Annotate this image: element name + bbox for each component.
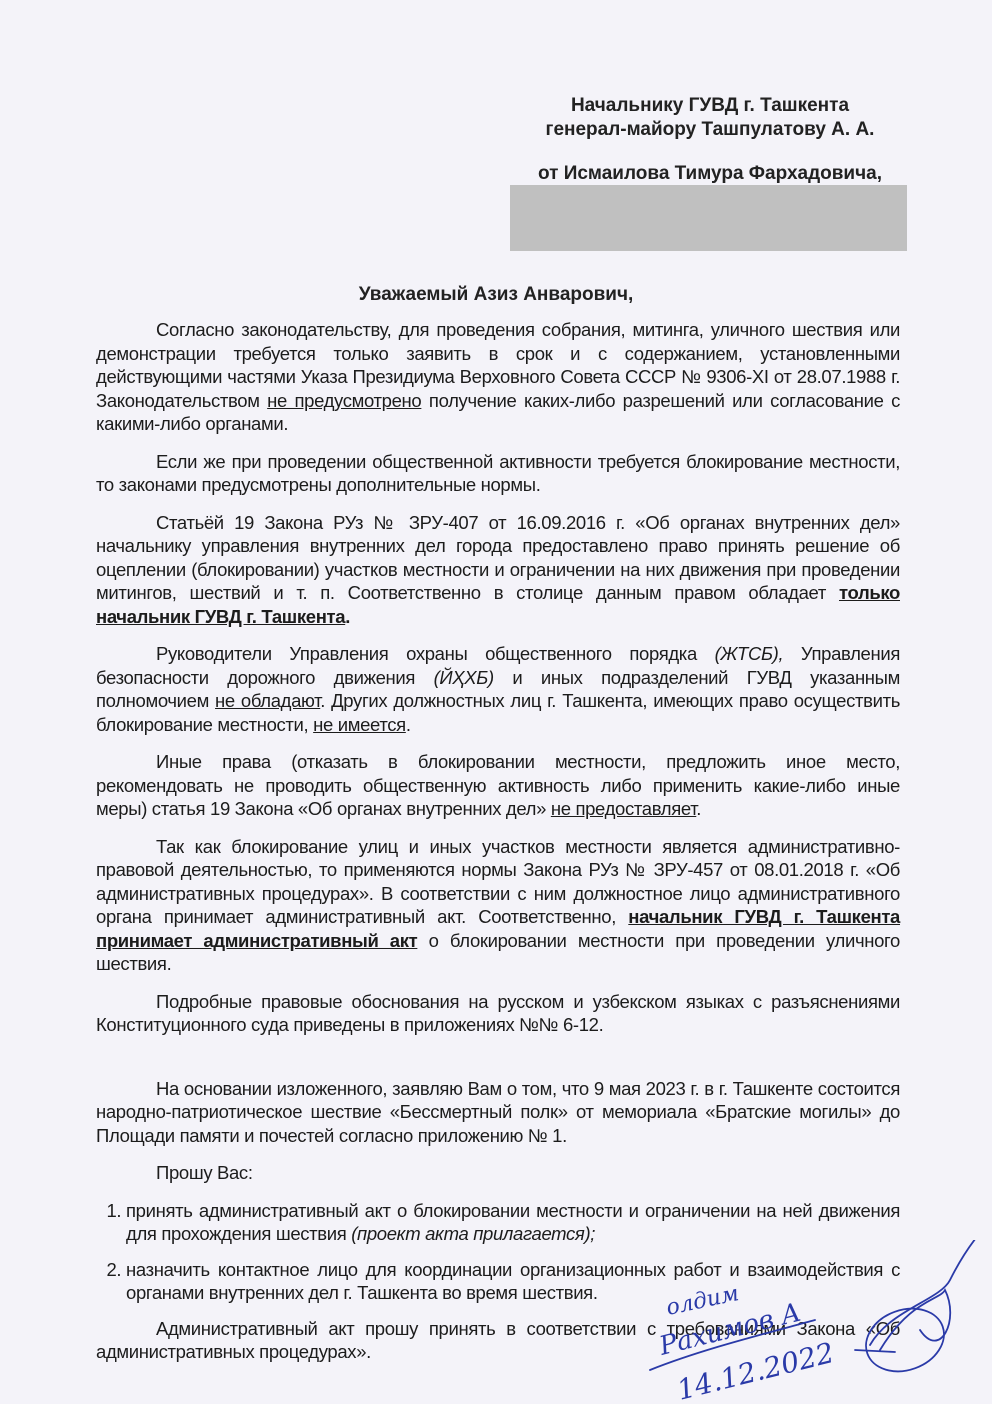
paragraph-7: Подробные правовые обоснования на русско… [96,990,900,1037]
request-item-1: принять административный акт о блокирова… [126,1199,900,1246]
underlined-text: не обладают [215,690,320,711]
text: . [696,798,701,819]
text: . [345,606,350,627]
spacer [96,1051,900,1077]
text: Иные права (отказать в блокировании мест… [96,751,900,819]
paragraph-3: Статьёй 19 Закона РУз № ЗРУ-407 от 16.09… [96,511,900,629]
paragraph-4: Руководители Управления охраны обществен… [96,642,900,736]
letter-body: Согласно законодательству, для проведени… [96,318,900,1378]
handwritten-receipt-signature: олдим Рахимов А 14.12.2022 [640,1240,980,1404]
paragraph-1: Согласно законодательству, для проведени… [96,318,900,436]
paragraph-5: Иные права (отказать в блокировании мест… [96,750,900,821]
paragraph-6: Так как блокирование улиц и иных участко… [96,835,900,976]
salutation: Уважаемый Азиз Анварович, [0,284,992,306]
addressee-block: Начальнику ГУВД г. Ташкента генерал-майо… [500,94,920,186]
request-intro: Прошу Вас: [96,1161,900,1185]
italic-text: (ЙҲХБ) [434,667,494,688]
paragraph-8: На основании изложенного, заявляю Вам о … [96,1077,900,1148]
text: . [406,714,411,735]
text: Статьёй 19 Закона РУз № ЗРУ-407 от 16.09… [96,512,900,604]
signature-icon: олдим Рахимов А 14.12.2022 [640,1240,980,1404]
sender-line: от Исмаилова Тимура Фархадовича, [500,162,920,186]
underlined-text: не предоставляет [551,798,696,819]
underlined-text: не предусмотрено [267,390,421,411]
italic-text: (проект акта прилагается); [351,1223,595,1244]
addressee-line-2: генерал-майору Ташпулатову А. А. [500,118,920,142]
underlined-text: не имеется [313,714,406,735]
redacted-address-block [510,185,907,251]
text: Руководители Управления охраны обществен… [156,643,715,664]
paragraph-2: Если же при проведении общественной акти… [96,450,900,497]
addressee-line-1: Начальнику ГУВД г. Ташкента [500,94,920,118]
letter-page: Начальнику ГУВД г. Ташкента генерал-майо… [0,0,992,1404]
italic-text: (ЖТСБ), [715,643,784,664]
